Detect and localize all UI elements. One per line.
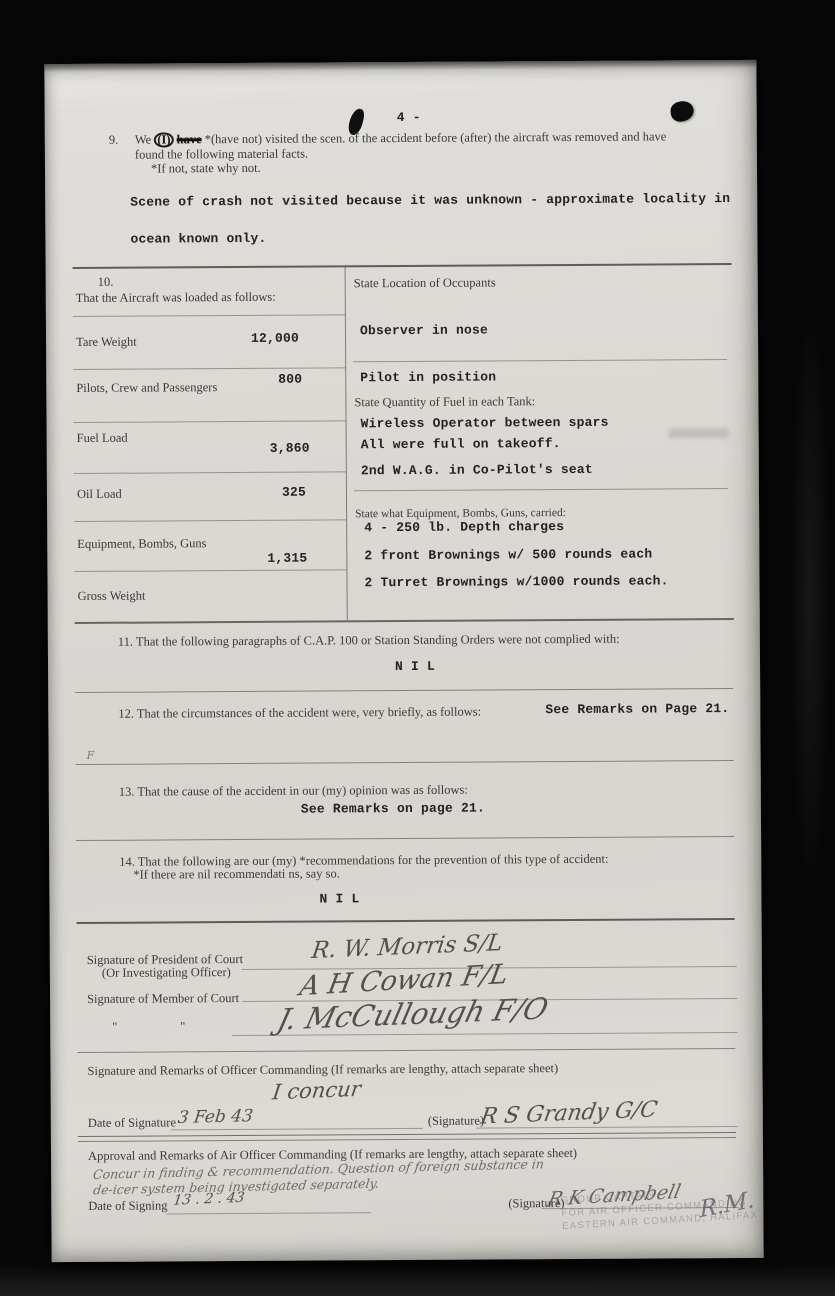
item-13-answer: See Remarks on page 21. <box>301 801 485 817</box>
table-row-value: 325 <box>282 485 306 500</box>
section-rule <box>77 918 735 924</box>
item-11-number: 11. <box>118 635 133 649</box>
item-14-answer: N I L <box>319 891 359 906</box>
signature-label: (Signature) <box>428 1114 484 1128</box>
date-of-signing-value: 13 . 2 . 43 <box>172 1190 245 1209</box>
item-12-answer: See Remarks on Page 21. <box>545 701 729 717</box>
date-of-signature-label: Date of Signature <box>88 1115 176 1130</box>
table-row-label: Pilots, Crew and Passengers <box>76 380 217 395</box>
table-row-value: 12,000 <box>251 331 299 346</box>
item-10-intro: That the Aircraft was loaded as follows: <box>76 290 276 305</box>
scan-bottom-shadow <box>0 1262 835 1296</box>
scanned-document-photo: { "page": { "number": "4 -" }, "item9": … <box>0 0 835 1296</box>
section-rule <box>76 836 734 841</box>
pencil-smudge <box>669 428 729 438</box>
section-rule <box>76 760 734 765</box>
table-column-divider <box>345 267 348 620</box>
item-13-number: 13. <box>119 785 135 799</box>
table-row-label: Equipment, Bombs, Guns <box>77 536 206 551</box>
section-rule-double <box>78 1132 736 1142</box>
item-14: 14. That the following are our (my) *rec… <box>119 852 608 869</box>
occupant-line: Observer in nose <box>360 322 608 339</box>
date-line <box>166 1212 371 1214</box>
occupant-line: Wireless Operator between spars <box>361 415 609 432</box>
equipment-line: 4 - 250 lb. Depth charges <box>364 519 564 535</box>
item-9-rest: *(have not) visited the scen. of the acc… <box>205 129 667 146</box>
fuel-answer: All were full on takeoff. <box>361 436 561 452</box>
scan-edge-smudge <box>790 300 830 900</box>
item-13-text: That the cause of the accident in our (m… <box>137 783 468 799</box>
circled-I-mark: (I) <box>154 132 173 147</box>
item-13: 13. That the cause of the accident in ou… <box>119 783 468 799</box>
table-row-value: 1,315 <box>267 551 307 566</box>
president-signature-sublabel: (Or Investigating Officer) <box>102 965 231 980</box>
equipment-line: 2 Turret Brownings w/1000 rounds each. <box>364 573 668 590</box>
item-9-number: 9. <box>109 133 118 147</box>
item-12: 12. That the circumstances of the accide… <box>118 705 481 721</box>
date-line <box>171 1128 423 1131</box>
section-rule <box>77 1048 735 1053</box>
officer-commanding-label: Signature and Remarks of Officer Command… <box>87 1061 558 1078</box>
loading-table: 10. That the Aircraft was loaded as foll… <box>73 263 734 624</box>
item-12-text: That the circumstances of the accident w… <box>137 705 481 721</box>
ink-blot-round <box>669 100 695 123</box>
fuel-header: State Quantity of Fuel in each Tank: <box>354 394 535 409</box>
struck-word-have: have <box>177 132 202 146</box>
item-14-number: 14. <box>119 855 135 869</box>
item-11: 11. That the following paragraphs of C.A… <box>118 632 620 649</box>
table-row-label: Fuel Load <box>77 431 128 445</box>
item-9: 9. We (I) have *(have not) visited the s… <box>109 129 783 176</box>
item-9-answer-line2: ocean known only. <box>130 231 266 247</box>
equipment-line: 2 front Brownings w/ 500 rounds each <box>364 546 652 563</box>
table-row-label: Gross Weight <box>78 589 146 603</box>
item-11-answer: N I L <box>395 659 435 674</box>
item-10-number: 10. <box>98 275 114 289</box>
table-row-value: 3,860 <box>270 441 310 456</box>
pencil-mark: F <box>87 749 95 762</box>
item-14-text: That the following are our (my) *recomme… <box>138 852 609 869</box>
president-signature: R. W. Morris S/L <box>310 930 504 964</box>
form-page: 4 - 9. We (I) have *(have not) visited t… <box>44 60 763 1262</box>
date-of-signature-value: 3 Feb 43 <box>177 1106 254 1128</box>
item-11-text: That the following paragraphs of C.A.P. … <box>136 632 620 649</box>
item-9-lead: We <box>135 133 151 147</box>
item-9-answer-line1: Scene of crash not visited because it wa… <box>130 191 730 210</box>
page-number: 4 - <box>397 110 421 125</box>
signature-line <box>476 1126 738 1129</box>
ditto-mark: " <box>180 1019 185 1033</box>
item-12-number: 12. <box>118 707 134 721</box>
member-signature-label: Signature of Member of Court <box>87 991 239 1006</box>
occupants-header: State Location of Occupants <box>354 275 496 290</box>
officer-commanding-remark: I concur <box>271 1077 362 1105</box>
occupant-line: 2nd W.A.G. in Co-Pilot's seat <box>361 461 609 478</box>
item-14-note: *If there are nil recommendati ns, say s… <box>133 866 340 881</box>
occupant-line: Pilot in position <box>360 368 608 385</box>
section-rule <box>75 688 733 693</box>
date-of-signing-label: Date of Signing <box>88 1198 167 1212</box>
ditto-mark: " <box>112 1020 117 1034</box>
table-row-label: Tare Weight <box>76 335 137 349</box>
item-9-note: *If not, state why not. <box>135 158 783 176</box>
table-row-value: 800 <box>278 372 302 387</box>
officer-commanding-signature: R S Grandy G/C <box>479 1097 659 1129</box>
table-row-label: Oil Load <box>77 487 122 501</box>
